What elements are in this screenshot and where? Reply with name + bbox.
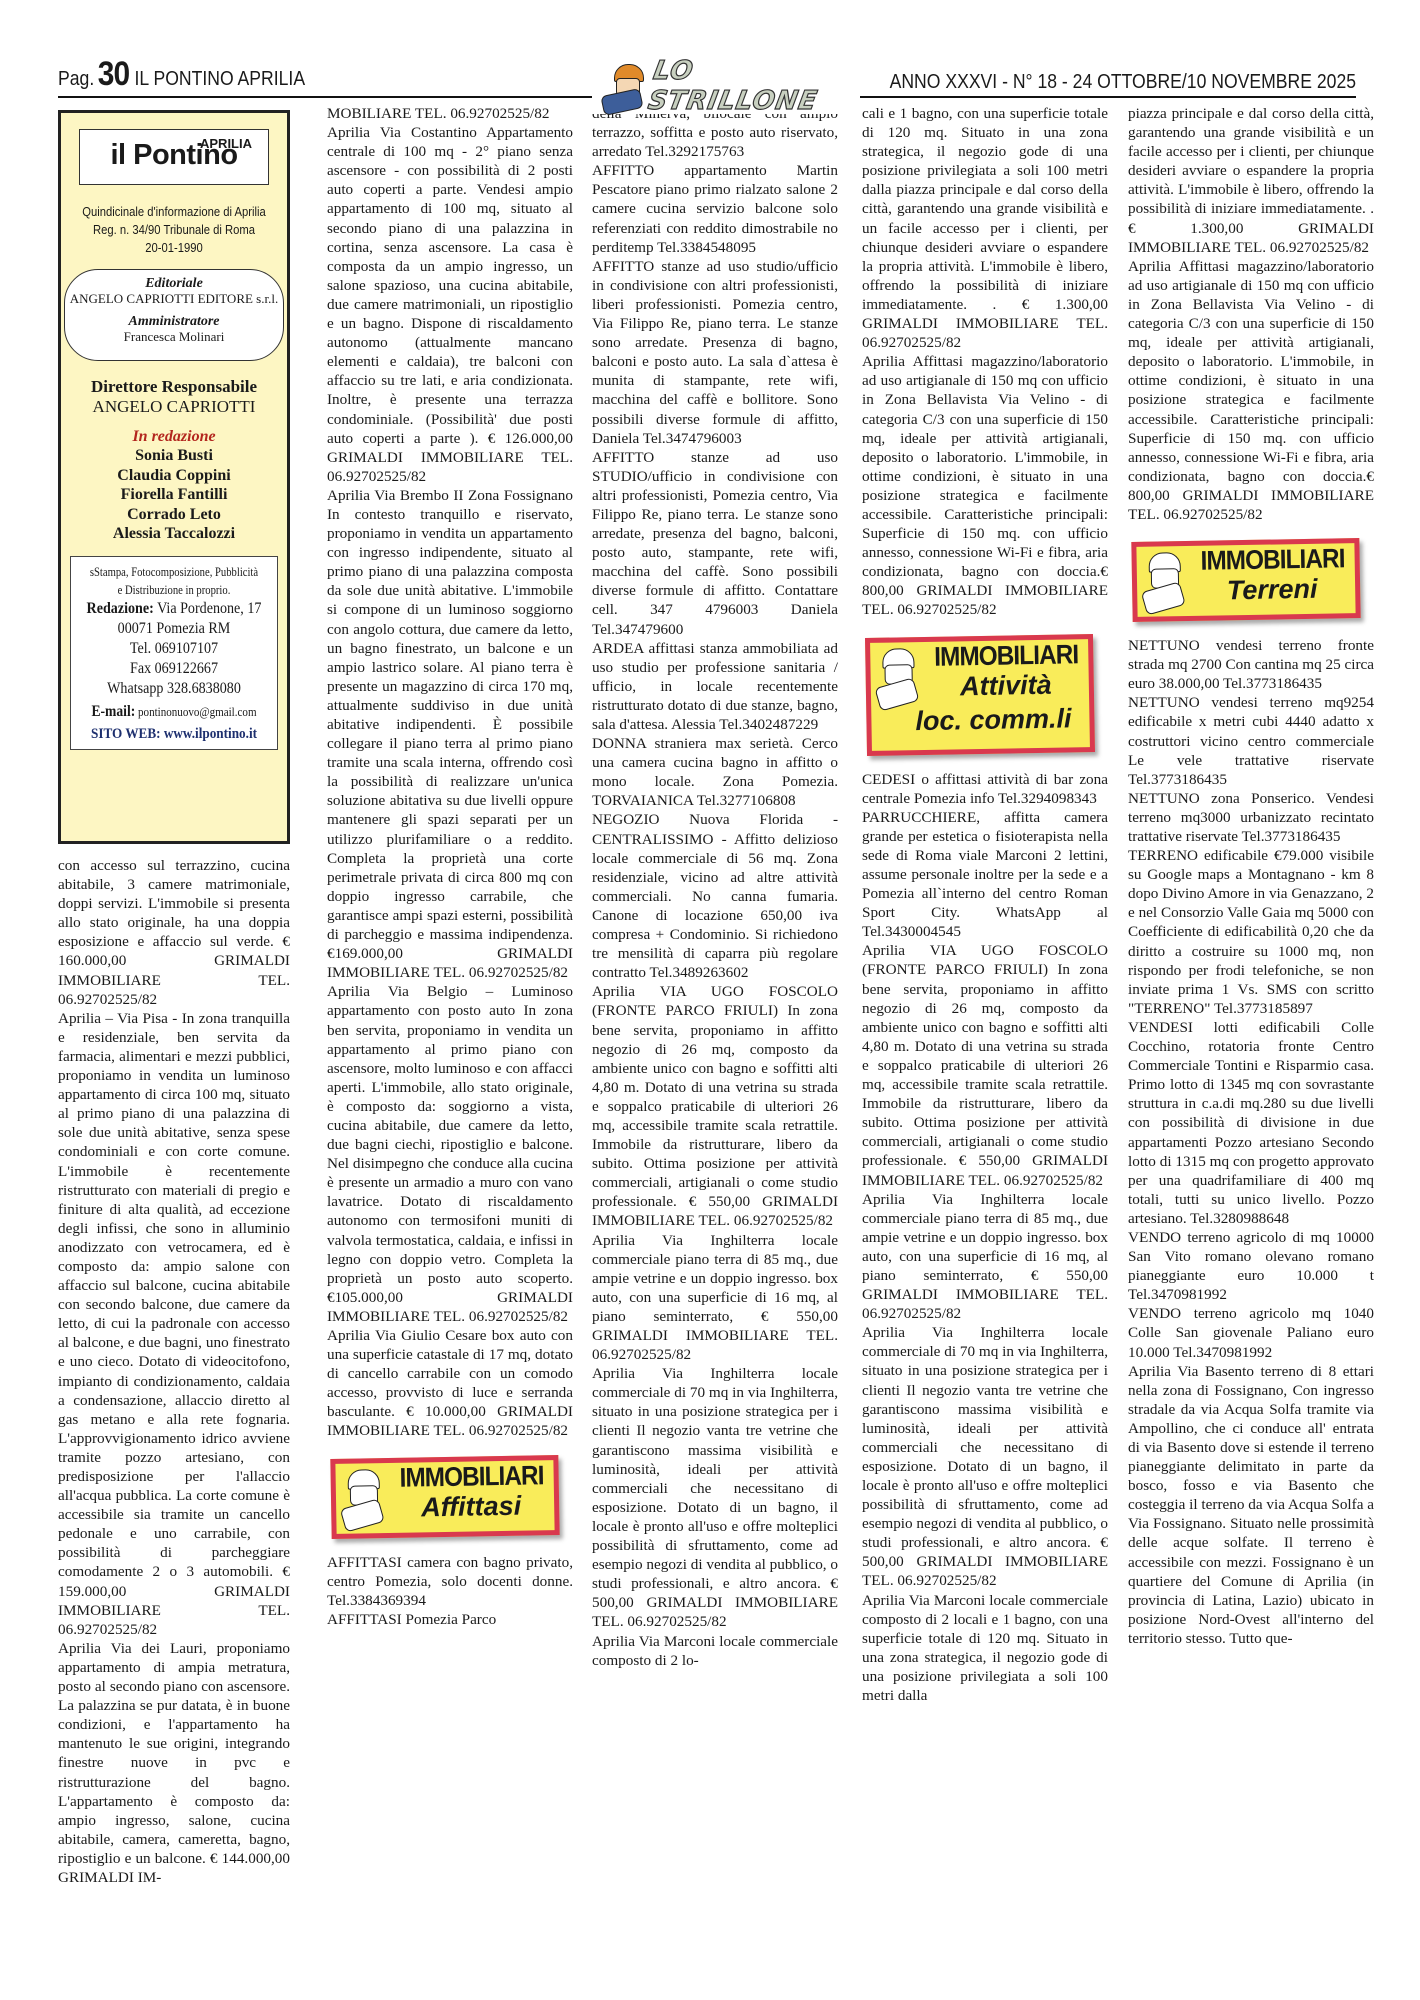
staff-name: Sonia Busti: [61, 446, 287, 466]
redazione-address: Redazione: Via Pordenone, 17: [83, 599, 264, 619]
director-label: Direttore Responsabile: [61, 377, 287, 397]
column-3: della Minerva, bilocale con ampio terraz…: [592, 104, 838, 1670]
banner-attivita: IMMOBILIARI Attività loc. comm.li: [865, 634, 1095, 756]
classified-ad: AFFITTASI camera con bagno privato, cent…: [327, 1553, 573, 1610]
page-prefix: Pag.: [58, 68, 94, 90]
classified-ad: piazza principale e dal corso della citt…: [1128, 104, 1374, 257]
classified-ad: Aprilia Via Inghilterra locale commercia…: [592, 1231, 838, 1365]
classified-ad: ARDEA affittasi stanza ammobiliata ad us…: [592, 639, 838, 734]
masthead-info: Quindicinale d'informazione di Aprilia R…: [72, 203, 275, 257]
classified-ad: Aprilia Affittasi magazzino/laboratorio …: [1128, 257, 1374, 524]
masthead-info-line: 20-01-1990: [72, 239, 275, 257]
classified-ad: VENDO terreno agricolo mq 1040 Colle San…: [1128, 1304, 1374, 1361]
newsboy-mascot-icon: [592, 60, 651, 112]
staff-name: Corrado Leto: [61, 505, 287, 525]
classified-ad: NETTUNO vendesi terreno fronte strada mq…: [1128, 636, 1374, 693]
classified-ad: VENDESI lotti edificabili Colle Cocchino…: [1128, 1018, 1374, 1228]
staff-label: In redazione: [61, 427, 287, 446]
classified-ad: NETTUNO zona Ponserico. Vendesi terreno …: [1128, 789, 1374, 846]
column-5: piazza principale e dal corso della citt…: [1128, 104, 1374, 1648]
classified-ad: Aprilia Via Belgio – Luminoso appartamen…: [327, 982, 573, 1326]
publication-name: IL PONTINO APRILIA: [135, 68, 306, 90]
website-link[interactable]: SITO WEB: www.ilpontino.it: [83, 725, 264, 743]
masthead-info-line: Quindicinale d'informazione di Aprilia: [72, 203, 275, 221]
classified-ad: Aprilia VIA UGO FOSCOLO (FRONTE PARCO FR…: [592, 982, 838, 1230]
mascot-icon: [337, 1467, 390, 1530]
classified-ad: Aprilia Via Giulio Cesare box auto con u…: [327, 1326, 573, 1441]
banner-title: IMMOBILIARI: [399, 1466, 542, 1488]
column-4: cali e 1 bagno, con una superficie total…: [862, 104, 1108, 1705]
contact-box: sStampa, Fotocomposizione, Pubblicità e …: [70, 556, 278, 750]
telephone: Tel. 069107107: [83, 639, 264, 659]
classified-ad: AFFITTASI Pomezia Parco: [327, 1610, 573, 1629]
admin-name: Francesca Molinari: [65, 329, 283, 344]
banner-subtitle: loc. comm.li: [901, 709, 1085, 731]
city-line: 00071 Pomezia RM: [83, 619, 264, 639]
classified-ad: Aprilia Via Inghilterra locale commercia…: [862, 1323, 1108, 1590]
classified-ad: Aprilia Via Marconi locale commerciale c…: [862, 1591, 1108, 1706]
staff-list: Sonia Busti Claudia Coppini Fiorella Fan…: [61, 446, 287, 544]
staff-name: Claudia Coppini: [61, 466, 287, 486]
staff-name: Alessia Taccalozzi: [61, 524, 287, 544]
mascot-icon: [1138, 550, 1191, 613]
classified-ad: Aprilia Via dei Lauri, proponiamo appart…: [58, 1639, 290, 1887]
banner-affittasi: IMMOBILIARI Affittasi: [330, 1455, 559, 1539]
email-address[interactable]: pontinonuovo@gmail.com: [138, 704, 257, 719]
masthead-box: APRILIA il Pontino Quindicinale d'inform…: [58, 110, 290, 844]
editorial-label: Editoriale: [65, 276, 283, 291]
classified-ad: NETTUNO vendesi terreno mq9254 edificabi…: [1128, 693, 1374, 788]
admin-label: Amministratore: [65, 314, 283, 329]
classified-ad: DONNA straniera max serietà. Cerco una c…: [592, 734, 838, 810]
column-2: MOBILIARE TEL. 06.92702525/82 Aprilia Vi…: [327, 104, 573, 1629]
banner-subtitle: Terreni: [1193, 579, 1351, 601]
banner-title: IMMOBILIARI: [934, 645, 1077, 667]
print-info: e Distribuzione in proprio.: [86, 581, 261, 599]
email-line: E-mail: pontinonuovo@gmail.com: [86, 703, 261, 721]
print-info: sStampa, Fotocomposizione, Pubblicità: [86, 563, 261, 581]
classified-ad: Aprilia Via Brembo II Zona Fossignano In…: [327, 486, 573, 982]
page-label: Pag.30IL PONTINO APRILIA: [58, 55, 305, 94]
fax: Fax 069122667: [83, 659, 264, 679]
masthead-info-line: Reg. n. 34/90 Tribunale di Roma: [72, 221, 275, 239]
staff-name: Fiorella Fantilli: [61, 485, 287, 505]
director-name: ANGELO CAPRIOTTI: [61, 397, 287, 417]
banner-title: IMMOBILIARI: [1200, 549, 1343, 571]
email-label: E-mail:: [91, 703, 135, 720]
classified-ad: AFFITTO appartamento Martin Pescatore pi…: [592, 161, 838, 256]
banner-terreni: IMMOBILIARI Terreni: [1131, 538, 1360, 622]
editorial-oval: Editoriale ANGELO CAPRIOTTI EDITORE s.r.…: [64, 269, 284, 361]
address: Via Pordenone, 17: [157, 600, 261, 617]
classified-ad: Aprilia Via Marconi locale commerciale c…: [592, 1632, 838, 1670]
classified-ad: VENDO terreno agricolo di mq 10000 San V…: [1128, 1228, 1374, 1304]
classified-ad: con accesso sul terrazzino, cucina abita…: [58, 856, 290, 1009]
classified-ad: cali e 1 bagno, con una superficie total…: [862, 104, 1108, 352]
classified-ad: Aprilia Via Basento terreno di 8 ettari …: [1128, 1362, 1374, 1648]
redazione-label: Redazione:: [87, 600, 154, 617]
classified-ad: AFFITTO stanze ad uso STUDIO/ufficio in …: [592, 448, 838, 639]
banner-subtitle: Attività: [927, 675, 1085, 697]
classified-ad: PARRUCCHIERE, affitta camera grande per …: [862, 808, 1108, 942]
banner-subtitle: Affittasi: [392, 1496, 550, 1518]
classified-ad: Aprilia Via Inghilterra locale commercia…: [592, 1364, 838, 1631]
lo-strillone-logo: LO STRILLONE: [592, 58, 860, 114]
classified-ad: AFFITTO stanze ad uso studio/ufficio in …: [592, 257, 838, 448]
issue-info: ANNO XXXVI - N° 18 - 24 OTTOBRE/10 NOVEM…: [890, 71, 1356, 94]
classified-ad: Aprilia Via Costantino Appartamento cent…: [327, 123, 573, 486]
classified-ad: MOBILIARE TEL. 06.92702525/82: [327, 104, 573, 123]
classified-ad: NEGOZIO Nuova Florida - CENTRALISSIMO - …: [592, 810, 838, 982]
classified-ad: Aprilia VIA UGO FOSCOLO (FRONTE PARCO FR…: [862, 941, 1108, 1189]
classified-ad: Aprilia Via Inghilterra locale commercia…: [862, 1190, 1108, 1324]
page-number: 30: [98, 55, 130, 93]
classified-ad: CEDESI o affittasi attività di bar zona …: [862, 770, 1108, 808]
classified-ad: Aprilia Affittasi magazzino/laboratorio …: [862, 352, 1108, 619]
masthead-title: il Pontino: [80, 146, 268, 165]
classified-ad: Aprilia – Via Pisa - In zona tranquilla …: [58, 1009, 290, 1639]
classified-ad: TERRENO edificabile €79.000 visibile su …: [1128, 846, 1374, 1018]
editor-name: ANGELO CAPRIOTTI EDITORE s.r.l.: [65, 291, 283, 306]
whatsapp: Whatsapp 328.6838080: [83, 679, 264, 699]
masthead-title-box: APRILIA il Pontino: [79, 129, 269, 185]
column-1-text: con accesso sul terrazzino, cucina abita…: [58, 856, 290, 1887]
mascot-icon: [872, 645, 925, 708]
logo-text: LO STRILLONE: [646, 56, 865, 116]
